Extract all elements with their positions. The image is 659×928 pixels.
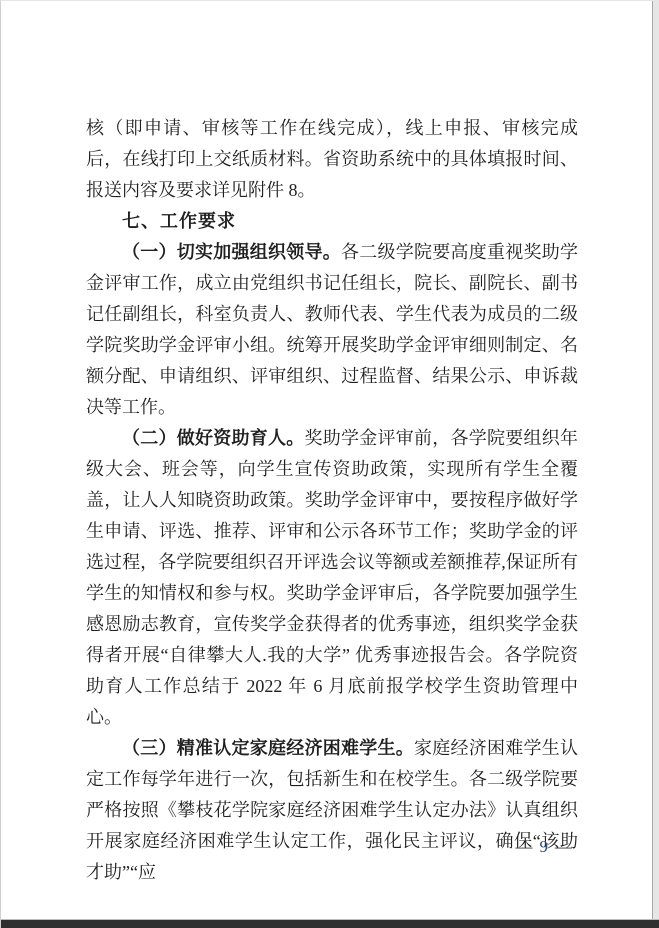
paragraph-text: 家庭经济困难学生认定工作每学年进行一次，包括新生和在校学生。各二级学院要严格按照…	[86, 738, 578, 882]
scan-edge-bottom	[1, 919, 659, 928]
paragraph-text: 奖助学金评审前，各学院要组织年级大会、班会等，向学生宣传资助政策，实现所有学生全…	[86, 428, 578, 727]
scan-edge-right	[652, 1, 659, 928]
scanned-page: 核（即申请、审核等工作在线完成），线上申报、审核完成后，在线打印上交纸质材料。省…	[0, 0, 659, 928]
paragraph: （一）切实加强组织领导。各二级学院要高度重视奖助学金评审工作，成立由党组织书记任…	[86, 237, 578, 423]
page-number-value: 9	[540, 837, 550, 856]
page-number: —9—	[510, 837, 580, 857]
paragraph-text: 核（即申请、审核等工作在线完成），线上申报、审核完成后，在线打印上交纸质材料。省…	[86, 118, 578, 200]
paragraph-text: 各二级学院要高度重视奖助学金评审工作，成立由党组织书记任组长，院长、副院长、副书…	[86, 242, 578, 417]
paragraph: （三）精准认定家庭经济困难学生。家庭经济困难学生认定工作每学年进行一次，包括新生…	[86, 733, 578, 888]
paragraph-bold-lead: （一）切实加强组织领导。	[122, 242, 341, 262]
page-number-left-dash: —	[510, 837, 540, 856]
page-number-right-dash: —	[549, 837, 579, 856]
paragraph: 核（即申请、审核等工作在线完成），线上申报、审核完成后，在线打印上交纸质材料。省…	[86, 113, 578, 206]
paragraph-bold-lead: （三）精准认定家庭经济困难学生。	[122, 738, 414, 758]
paragraph: （二）做好资助育人。奖助学金评审前，各学院要组织年级大会、班会等，向学生宣传资助…	[86, 423, 578, 733]
paragraph-bold-lead: 七、工作要求	[122, 211, 236, 231]
document-body: 核（即申请、审核等工作在线完成），线上申报、审核完成后，在线打印上交纸质材料。省…	[86, 113, 578, 888]
section-heading: 七、工作要求	[86, 206, 578, 237]
paragraph-bold-lead: （二）做好资助育人。	[122, 428, 305, 448]
